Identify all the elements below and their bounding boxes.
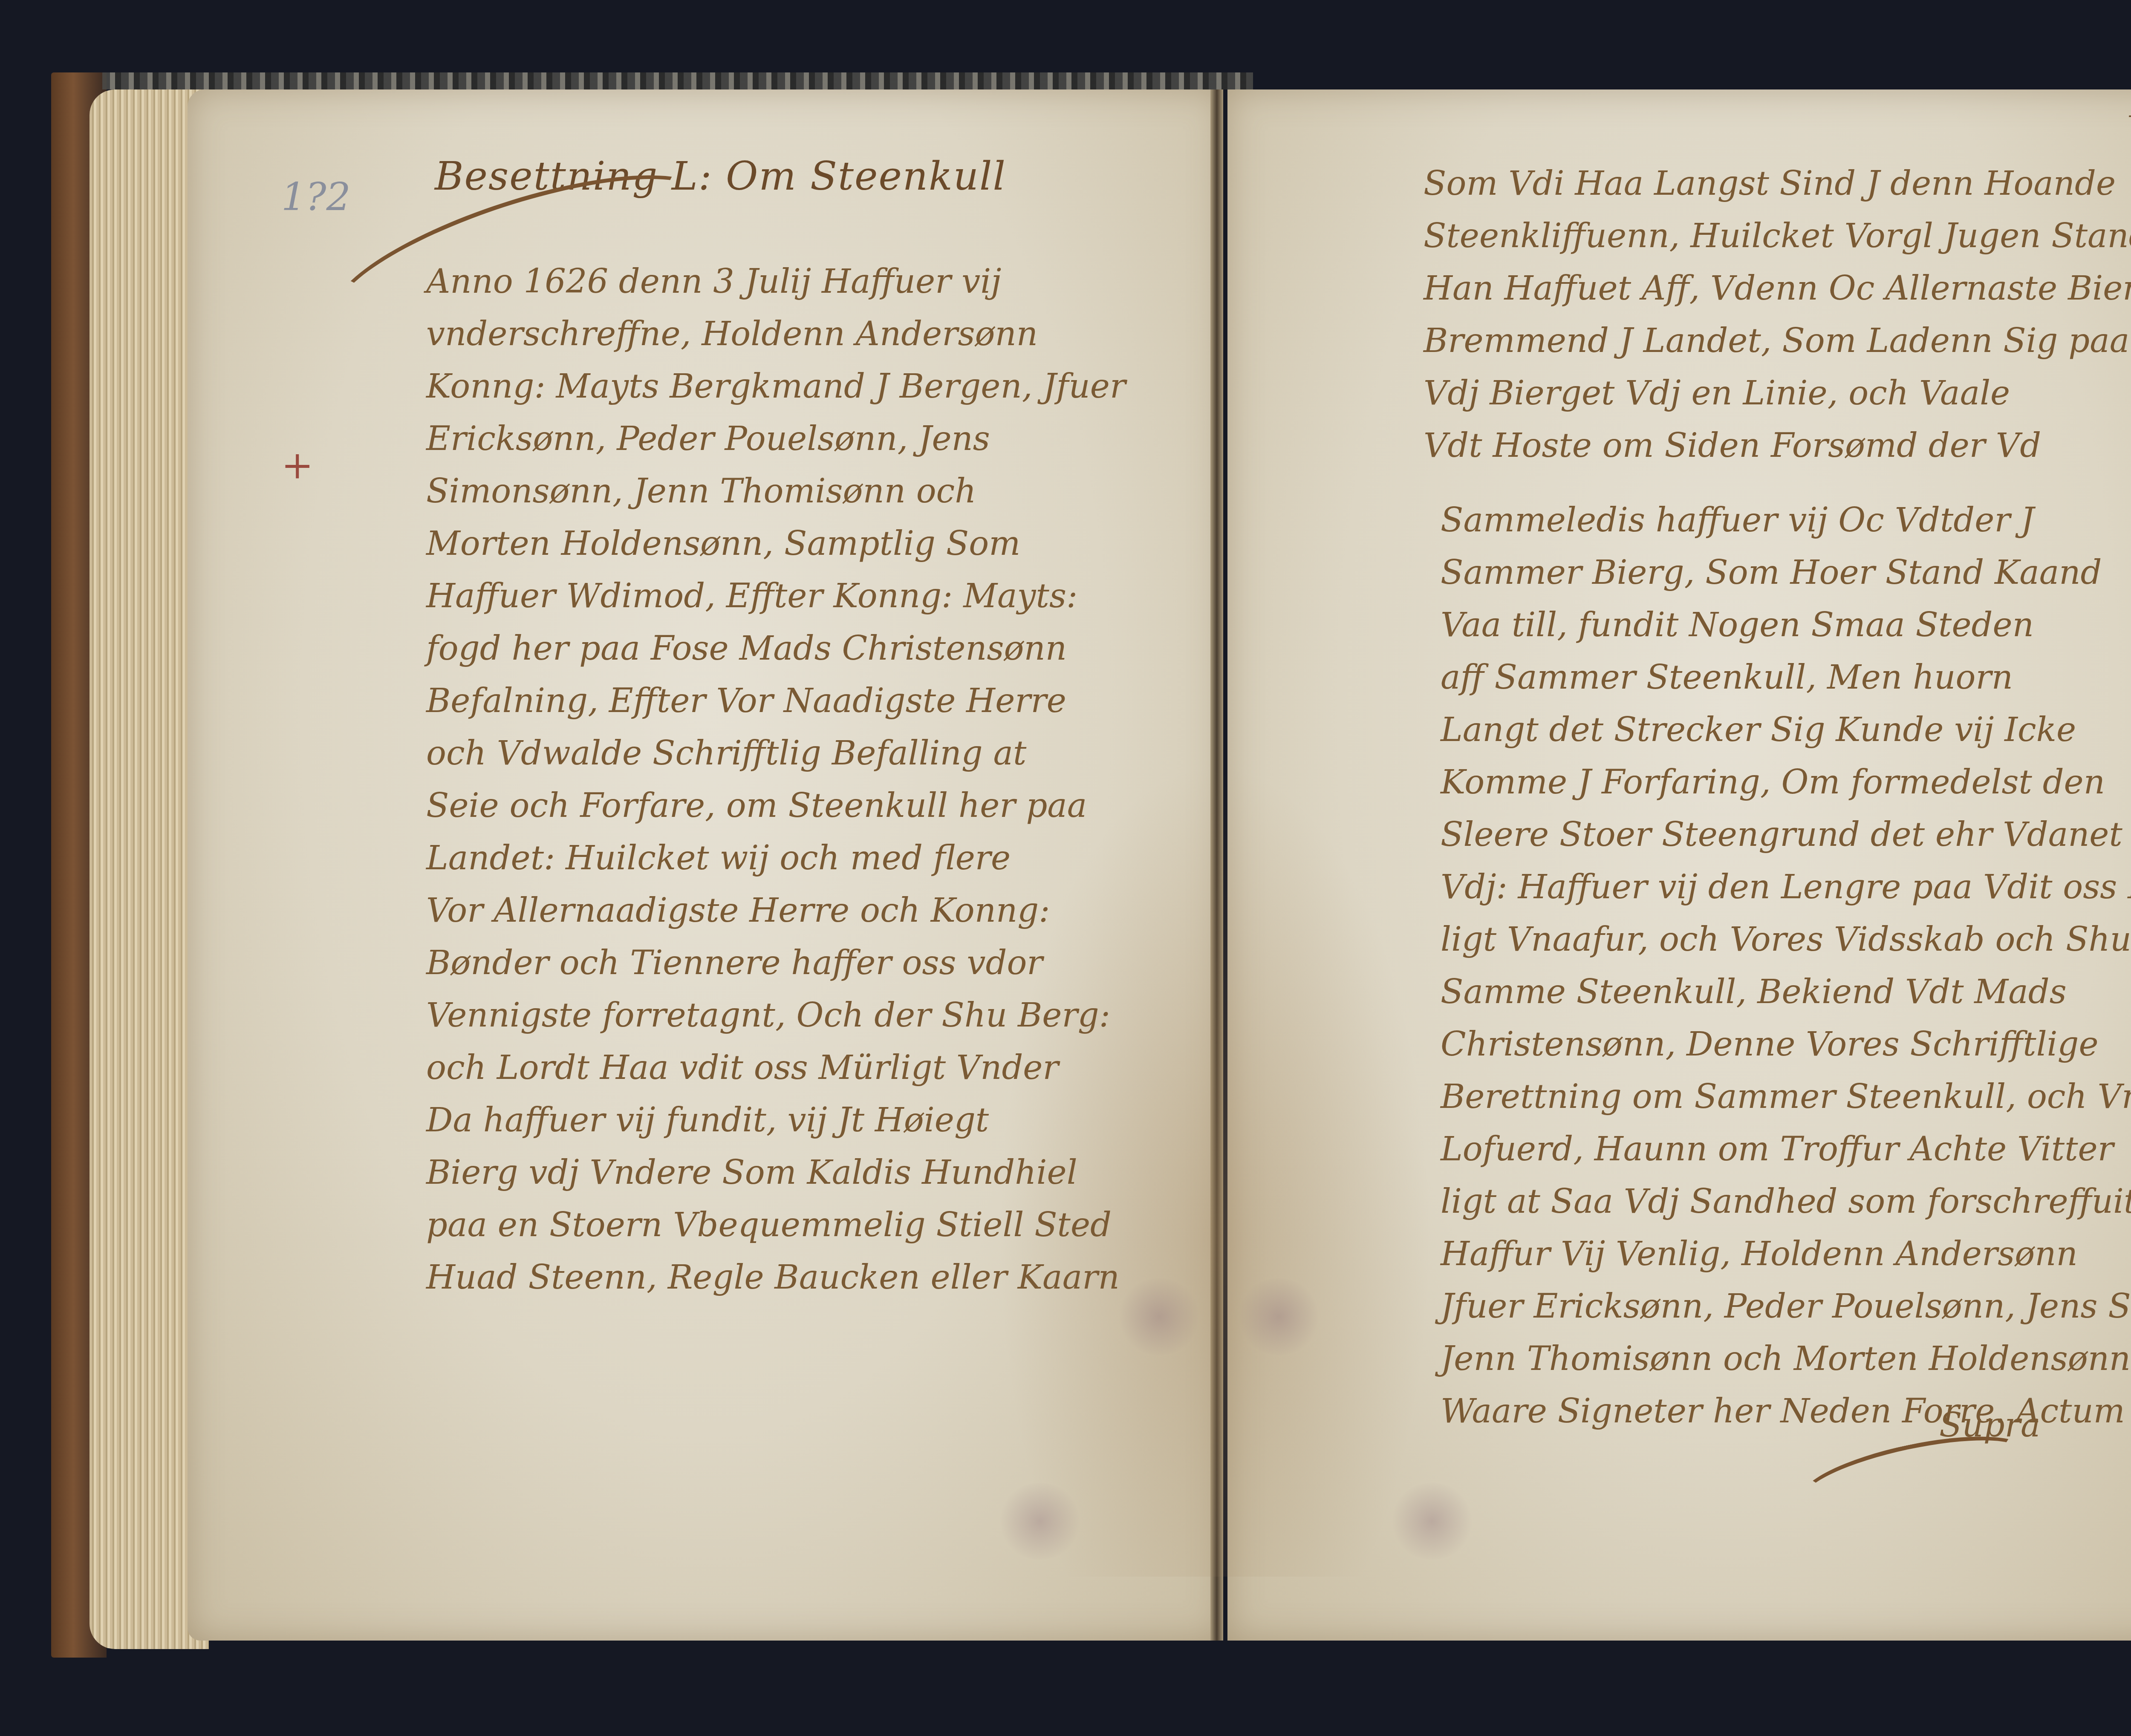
text-line: Landet: Huilcket wij och med flere <box>426 832 1126 885</box>
text-line: Ericksønn, Peder Pouelsønn, Jens <box>426 413 1126 465</box>
text-line: Simonsønn, Jenn Thomisønn och <box>426 465 1126 518</box>
left-page-folio: 1?2 <box>281 175 351 219</box>
text-line: Vennigste forretagnt, Och der Shu Berg: <box>426 989 1126 1042</box>
right-page-folio: 153 <box>2127 89 2131 124</box>
text-line: Jfuer Ericksønn, Peder Pouelsønn, Jens S… <box>1441 1280 2131 1333</box>
text-line: Lofuerd, Haunn om Troffur Achte Vitter <box>1441 1123 2131 1176</box>
right-page-paragraph-1: Som Vdi Haa Langst Sind J denn Hoande St… <box>1424 158 2131 472</box>
text-line: Steenkliffuenn, Huilcket Vorgl Jugen Sta… <box>1424 210 2131 262</box>
text-line: Han Haffuet Aff, Vdenn Oc Allernaste Bie… <box>1424 262 2131 315</box>
text-line: paa en Stoern Vbequemmelig Stiell Sted <box>426 1199 1126 1252</box>
text-line: Vor Allernaadigste Herre och Konng: <box>426 885 1126 937</box>
left-page-text: Anno 1626 denn 3 Julij Haffuer vij vnder… <box>426 256 1126 1304</box>
text-line: och Lordt Haa vdit oss Mürligt Vnder <box>426 1042 1126 1094</box>
text-line: Vdj: Haffuer vij den Lengre paa Vdit oss… <box>1441 861 2131 914</box>
section-heading: Besettning L: Om Steenkull <box>435 153 1006 199</box>
text-line: Bierg vdj Vndere Som Kaldis Hundhiel <box>426 1147 1126 1199</box>
text-line: Da haffuer vij fundit, vij Jt Høiegt <box>426 1094 1126 1147</box>
text-line: Berettning om Sammer Steenkull, och Vnde… <box>1441 1071 2131 1123</box>
text-line: Komme J Forfaring, Om formedelst den <box>1441 756 2131 809</box>
text-line: Seie och Forfare, om Steenkull her paa <box>426 780 1126 832</box>
stain-mark <box>1117 1278 1202 1355</box>
text-line: Haffur Vij Venlig, Holdenn Andersønn <box>1441 1228 2131 1280</box>
marbled-binding-edge <box>102 72 1253 89</box>
text-line: ligt Vnaafur, och Vores Vidsskab och Shu <box>1441 914 2131 966</box>
text-line: Morten Holdensønn, Samptlig Som <box>426 518 1126 570</box>
text-line: Bremmend J Landet, Som Ladenn Sig paa me… <box>1424 315 2131 367</box>
text-line: och Vdwalde Schrifftlig Befalling at <box>426 727 1126 780</box>
text-line: Samme Steenkull, Bekiend Vdt Mads <box>1441 966 2131 1018</box>
right-page-paragraph-2: Sammeledis haffuer vij Oc Vdtder J Samme… <box>1441 494 2131 1438</box>
text-line: Befalning, Effter Vor Naadigste Herre <box>426 675 1126 727</box>
stain-mark <box>1389 1483 1475 1560</box>
margin-cross-mark: + <box>281 443 313 488</box>
text-line: ligt at Saa Vdj Sandhed som forschreffui… <box>1441 1176 2131 1228</box>
text-line: Vdt Hoste om Siden Forsømd der Vd <box>1424 420 2131 472</box>
text-line: Sammer Bierg, Som Hoer Stand Kaand <box>1441 547 2131 599</box>
text-line: Haffuer Wdimod, Effter Konng: Mayts: <box>426 570 1126 623</box>
text-line: Christensønn, Denne Vores Schrifftlige <box>1441 1018 2131 1071</box>
text-line: Jenn Thomisønn och Morten Holdensønn, Gi… <box>1441 1333 2131 1385</box>
text-line: Konng: Mayts Bergkmand J Bergen, Jfuer <box>426 360 1126 413</box>
text-line: fogd her paa Fose Mads Christensønn <box>426 623 1126 675</box>
text-line: Huad Steenn, Regle Baucken eller Kaarn <box>426 1252 1126 1304</box>
text-line: Vdj Bierget Vdj en Linie, och Vaale <box>1424 367 2131 420</box>
text-line: vnderschreffne, Holdenn Andersønn <box>426 308 1126 360</box>
stain-mark <box>1236 1278 1321 1355</box>
stain-mark <box>997 1483 1083 1560</box>
text-line: Vaa till, fundit Nogen Smaa Steden <box>1441 599 2131 652</box>
text-line: Som Vdi Haa Langst Sind J denn Hoande <box>1424 158 2131 210</box>
text-line: aff Sammer Steenkull, Men huorn <box>1441 652 2131 704</box>
text-line: Langt det Strecker Sig Kunde vij Icke <box>1441 704 2131 756</box>
text-line: Sleere Stoer Steengrund det ehr Vdanet <box>1441 809 2131 861</box>
text-line: Sammeledis haffuer vij Oc Vdtder J <box>1441 494 2131 547</box>
text-line: Bønder och Tiennere haffer oss vdor <box>426 937 1126 989</box>
